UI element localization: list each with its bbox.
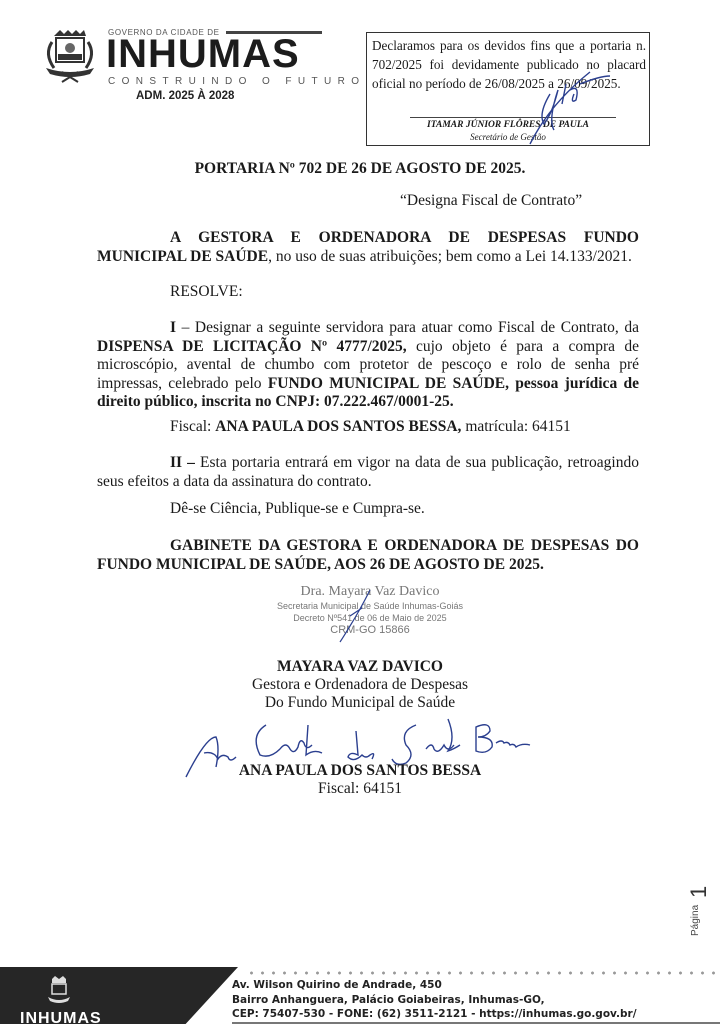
footer-dotted-divider — [246, 970, 720, 976]
intro-text: , no uso de suas atribuições; bem como a… — [268, 248, 632, 265]
footer-address-line-3: CEP: 75407-530 - FONE: (62) 3511-2121 - … — [232, 1007, 637, 1022]
cabinet-dateline: GABINETE DA GESTORA E ORDENADORA DE DESP… — [97, 537, 639, 574]
fiscal-name: ANA PAULA DOS SANTOS BESSA, — [215, 418, 461, 435]
footer-coat-of-arms-icon — [46, 975, 72, 1005]
article-2: II – Esta portaria entrará em vigor na d… — [97, 454, 639, 491]
stamp-signature-icon — [320, 586, 390, 646]
signatory-1-name: MAYARA VAZ DAVICO — [0, 658, 720, 676]
signatory-2-role: Fiscal: 64151 — [0, 780, 720, 798]
fiscal-line: Fiscal: ANA PAULA DOS SANTOS BESSA, matr… — [97, 418, 639, 437]
article-2-label: II – — [170, 454, 195, 471]
handwritten-signature-icon — [510, 64, 620, 150]
footer-address-line-2: Bairro Anhanguera, Palácio Goiabeiras, I… — [232, 993, 637, 1008]
signatory-2: ANA PAULA DOS SANTOS BESSA Fiscal: 64151 — [0, 762, 720, 798]
signatory-1-role-1: Gestora e Ordenadora de Despesas — [0, 676, 720, 694]
footer-address: Av. Wilson Quirino de Andrade, 450 Bairr… — [232, 978, 637, 1022]
footer-city-logo: INHUMAS — [20, 1010, 102, 1024]
signatory-1: MAYARA VAZ DAVICO Gestora e Ordenadora d… — [0, 658, 720, 712]
page-number: Página 1 — [686, 868, 716, 938]
document-title: PORTARIA Nº 702 DE 26 DE AGOSTO DE 2025. — [0, 160, 720, 178]
resolve-heading: RESOLVE: — [97, 283, 639, 302]
closing-formula: Dê-se Ciência, Publique-se e Cumpra-se. — [97, 500, 639, 519]
footer-address-line-1: Av. Wilson Quirino de Andrade, 450 — [232, 978, 637, 993]
coat-of-arms-icon — [40, 28, 100, 84]
fiscal-registration: matrícula: 64151 — [461, 418, 570, 435]
article-1: I – Designar a seguinte servidora para a… — [97, 319, 639, 412]
article-1-dispensa: DISPENSA DE LICITAÇÃO Nº 4777/2025, — [97, 338, 407, 355]
page-label: Página — [690, 905, 701, 936]
fiscal-label: Fiscal: — [170, 418, 215, 435]
slogan: CONSTRUINDO O FUTURO — [108, 76, 365, 87]
signatory-2-name: ANA PAULA DOS SANTOS BESSA — [0, 762, 720, 780]
document-subtitle: “Designa Fiscal de Contrato” — [400, 192, 582, 210]
signatory-1-role-2: Do Fundo Municipal de Saúde — [0, 694, 720, 712]
page-number-value: 1 — [686, 886, 712, 898]
intro-paragraph: A GESTORA E ORDENADORA DE DESPESAS FUNDO… — [97, 229, 639, 266]
article-1-text-a: – Designar a seguinte servidora para atu… — [176, 319, 639, 336]
administration-period: ADM. 2025 À 2028 — [136, 90, 234, 102]
city-logo-text: INHUMAS — [106, 34, 300, 74]
